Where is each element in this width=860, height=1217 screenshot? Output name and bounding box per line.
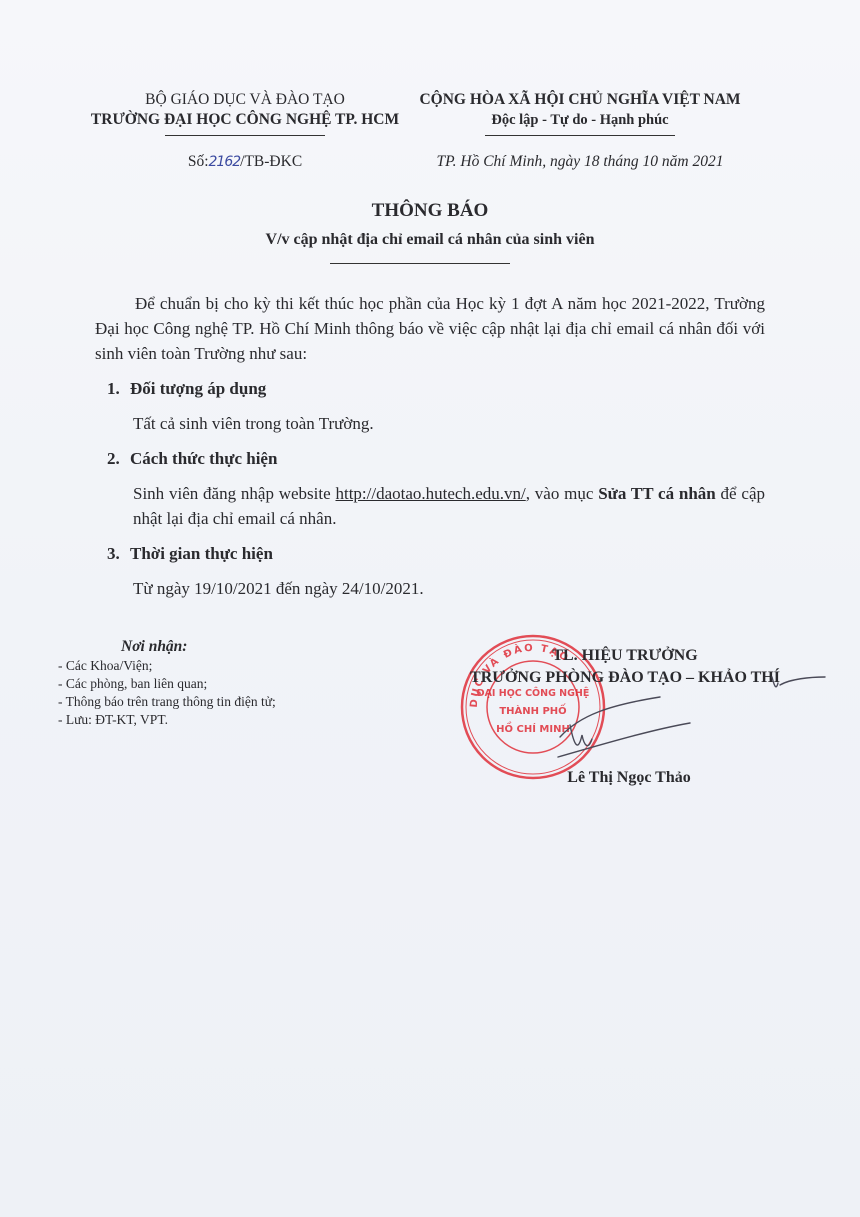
document-subtitle: V/v cập nhật địa chỉ email cá nhân của s… bbox=[0, 231, 860, 249]
country-name: CỘNG HÒA XÃ HỘI CHỦ NGHĨA VIỆT NAM bbox=[395, 90, 765, 110]
subtitle-underline bbox=[330, 263, 510, 264]
recipients-block: Nơi nhận: - Các Khoa/Viện; - Các phòng, … bbox=[58, 637, 398, 729]
recipient-item: - Thông báo trên trang thông tin điện tử… bbox=[58, 693, 398, 711]
recipient-item: - Lưu: ĐT-KT, VPT. bbox=[58, 711, 398, 729]
section-3-body: Từ ngày 19/10/2021 đến ngày 24/10/2021. bbox=[95, 576, 765, 601]
handwritten-signature-icon bbox=[540, 675, 840, 765]
document-title: THÔNG BÁO bbox=[0, 200, 860, 222]
issuer-underline bbox=[165, 135, 325, 136]
section-2-heading: 2.Cách thức thực hiện bbox=[95, 446, 765, 471]
document-page: BỘ GIÁO DỤC VÀ ĐÀO TẠO TRƯỜNG ĐẠI HỌC CÔ… bbox=[0, 0, 860, 1217]
dateline: TP. Hồ Chí Minh, ngày 18 tháng 10 năm 20… bbox=[395, 153, 765, 171]
motto-underline bbox=[485, 135, 675, 136]
university-name: TRƯỜNG ĐẠI HỌC CÔNG NGHỆ TP. HCM bbox=[60, 110, 430, 130]
signatory-authority: TL. HIỆU TRƯỞNG bbox=[425, 645, 825, 667]
section-3-heading: 3.Thời gian thực hiện bbox=[95, 541, 765, 566]
section-1-body: Tất cả sinh viên trong toàn Trường. bbox=[95, 411, 765, 436]
intro-paragraph: Để chuẩn bị cho kỳ thi kết thúc học phần… bbox=[95, 291, 765, 366]
signatory-name: Lê Thị Ngọc Thảo bbox=[425, 767, 825, 789]
ref-suffix: /TB-ĐKC bbox=[240, 153, 302, 170]
document-body: Để chuẩn bị cho kỳ thi kết thúc học phần… bbox=[95, 291, 765, 601]
section-1-heading: 1.Đối tượng áp dụng bbox=[95, 376, 765, 401]
recipient-item: - Các phòng, ban liên quan; bbox=[58, 675, 398, 693]
ref-prefix: Số: bbox=[188, 153, 209, 170]
issuer-block: BỘ GIÁO DỤC VÀ ĐÀO TẠO TRƯỜNG ĐẠI HỌC CÔ… bbox=[60, 90, 430, 136]
ref-number: 2162 bbox=[209, 154, 241, 170]
section-2-body: Sinh viên đăng nhập website http://daota… bbox=[95, 481, 765, 531]
motto: Độc lập - Tự do - Hạnh phúc bbox=[395, 110, 765, 130]
training-website-link[interactable]: http://daotao.hutech.edu.vn/ bbox=[335, 484, 525, 503]
menu-item-reference: Sửa TT cá nhân bbox=[598, 484, 716, 503]
national-motto-block: CỘNG HÒA XÃ HỘI CHỦ NGHĨA VIỆT NAM Độc l… bbox=[395, 90, 765, 136]
recipient-item: - Các Khoa/Viện; bbox=[58, 657, 398, 675]
document-reference: Số:2162/TB-ĐKC bbox=[60, 153, 430, 171]
ministry-name: BỘ GIÁO DỤC VÀ ĐÀO TẠO bbox=[60, 90, 430, 110]
recipients-heading: Nơi nhận: bbox=[58, 637, 398, 657]
